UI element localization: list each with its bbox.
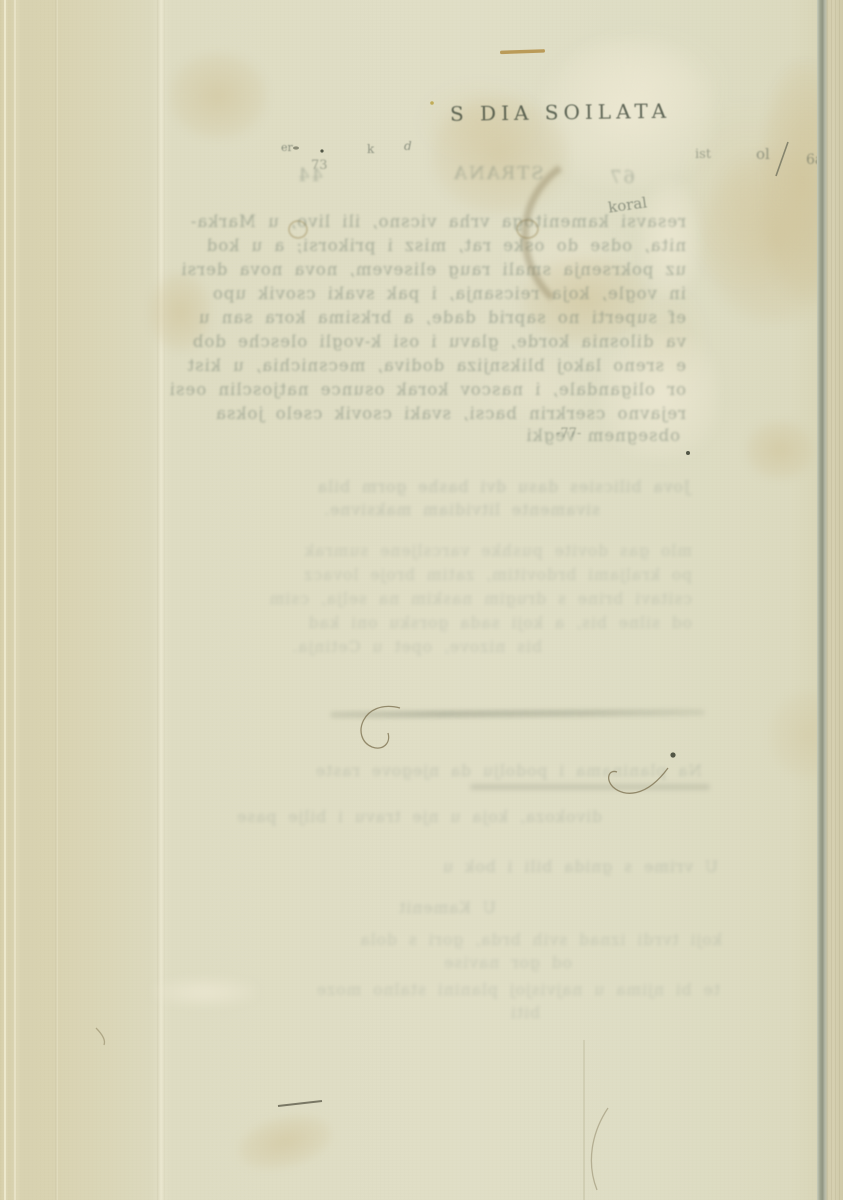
- showthrough-line: ef superti no saprid dade, a brksima kor…: [262, 308, 686, 327]
- showthrough-line: uz pokrsenja smali raug elisevem, nova n…: [262, 260, 686, 279]
- text-fragment-ist: ist: [695, 147, 711, 162]
- book-page-scan: S DIA SOILATA koral ist ol 6a er 73 k d …: [0, 0, 843, 1200]
- text-fragment-ol: ol: [756, 145, 770, 163]
- showthrough-line: va dilosnia korde, glavu i osi k-vogli o…: [262, 332, 686, 351]
- page-edge-line: [817, 0, 827, 1200]
- smudge-fragment-k: k: [367, 142, 374, 156]
- showthrough-page-number: 44: [296, 165, 323, 186]
- showthrough-line: bis nizove, opet u Cetinja.: [292, 638, 542, 656]
- smudge-fragment-d: d: [404, 139, 412, 153]
- showthrough-line: od gor navise: [272, 954, 572, 972]
- showthrough-line: po kraljami brdovitim, zatim broje lovac…: [292, 566, 692, 584]
- showthrough-line: resavsi kamenitoga vrha vicsno, ili livo…: [262, 212, 686, 231]
- showthrough-line: od silne bis, a koji sada gorsku oni kad: [292, 614, 692, 632]
- showthrough-line: rejavno cserkrin bacsi, svaki csovik cse…: [262, 404, 686, 423]
- showthrough-line: koji tvrdi iznad svih brda, gori s dola: [292, 931, 722, 949]
- showthrough-page-number: 67: [608, 167, 635, 188]
- showthrough-line: Jova bilicsies dasu dvi bashe gorm bila: [300, 478, 690, 496]
- showthrough-line: biti: [300, 1004, 540, 1022]
- showthrough-line: nita, odse do oske rat, misz i prikorsi;…: [262, 236, 686, 255]
- fore-edge-strip: [827, 0, 843, 1200]
- showthrough-line: e sreno lakoj bliksnjiza dodiva, mecsnic…: [262, 356, 686, 375]
- showthrough-line: Na planinama i podolju da njegove raste: [272, 762, 702, 780]
- showthrough-line: divokoza, koja u nje travu i bilje pase: [272, 808, 602, 826]
- crease-line: [14, 0, 16, 1200]
- crease-line: [583, 1040, 585, 1200]
- showthrough-line: mlo gas dovite pushke varcsljene sumrak: [292, 542, 692, 560]
- showthrough-line: te bi njima u najvisjoj planini stalno m…: [280, 981, 720, 999]
- crease-line: [4, 0, 6, 1200]
- showthrough-line: in vogle, koja reicsanja, i pak svaki cs…: [262, 284, 686, 303]
- showthrough-line: U Kamenit: [326, 899, 496, 917]
- showthrough-line: or oligandale, i nascov korak osunce nat…: [262, 380, 686, 399]
- ownership-stamp-text: S DIA SOILATA: [450, 98, 710, 126]
- gutter-band-edge: [55, 0, 58, 1200]
- smudge-fragment-er: er: [281, 141, 293, 154]
- page-fold-crease: [157, 0, 165, 1200]
- showthrough-running-title: STRANA: [452, 163, 544, 184]
- showthrough-line: csitavi brine s drugim naskim na selja, …: [292, 590, 692, 608]
- showthrough-line: obsegnem vegki: [420, 426, 680, 445]
- showthrough-line: U vrime s gnida bili i bok u: [298, 858, 718, 876]
- showthrough-line: sivamente litvidiam maksivne.: [300, 501, 600, 519]
- showthrough-line-smudge: [470, 784, 710, 790]
